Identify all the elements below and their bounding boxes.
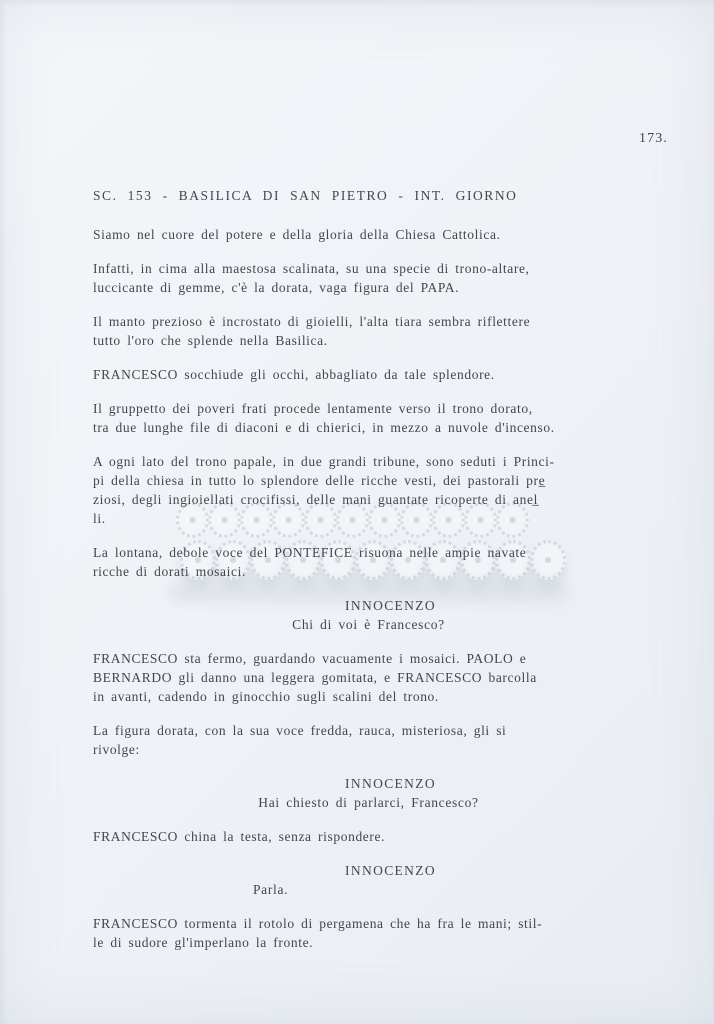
action-paragraph: FRANCESCO china la testa, senza risponde… bbox=[93, 827, 644, 846]
action-paragraph: FRANCESCO tormenta il rotolo di pergamen… bbox=[93, 914, 644, 952]
dialogue-block: INNOCENZOHai chiesto di parlarci, France… bbox=[93, 774, 644, 812]
action-paragraph: A ogni lato del trono papale, in due gra… bbox=[93, 452, 644, 528]
action-paragraph: La lontana, debole voce del PONTEFICE ri… bbox=[93, 543, 644, 581]
action-paragraph: Infatti, in cima alla maestosa scalinata… bbox=[93, 259, 644, 297]
script-body: Siamo nel cuore del potere e della glori… bbox=[93, 225, 644, 952]
dialogue-block: INNOCENZOParla. bbox=[93, 861, 644, 899]
page-content: SC. 153 - BASILICA DI SAN PIETRO - INT. … bbox=[93, 186, 644, 967]
character-name: INNOCENZO bbox=[93, 774, 644, 793]
dialogue-line: Hai chiesto di parlarci, Francesco? bbox=[93, 793, 644, 812]
action-paragraph: La figura dorata, con la sua voce fredda… bbox=[93, 721, 644, 759]
action-paragraph: FRANCESCO socchiude gli occhi, abbagliat… bbox=[93, 365, 644, 384]
page-number: 173. bbox=[639, 131, 668, 147]
action-paragraph: Siamo nel cuore del potere e della glori… bbox=[93, 225, 644, 244]
script-page: 173. SC. 153 - BASILICA DI SAN PIETRO - … bbox=[0, 0, 714, 1024]
scene-heading: SC. 153 - BASILICA DI SAN PIETRO - INT. … bbox=[93, 186, 644, 205]
dialogue-line: Parla. bbox=[93, 880, 644, 899]
dialogue-block: INNOCENZOChi di voi è Francesco? bbox=[93, 596, 644, 634]
action-paragraph: FRANCESCO sta fermo, guardando vacuament… bbox=[93, 649, 644, 706]
action-paragraph: Il gruppetto dei poveri frati procede le… bbox=[93, 399, 644, 437]
dialogue-line: Chi di voi è Francesco? bbox=[93, 615, 644, 634]
action-paragraph: Il manto prezioso è incrostato di gioiel… bbox=[93, 312, 644, 350]
character-name: INNOCENZO bbox=[93, 861, 644, 880]
character-name: INNOCENZO bbox=[93, 596, 644, 615]
